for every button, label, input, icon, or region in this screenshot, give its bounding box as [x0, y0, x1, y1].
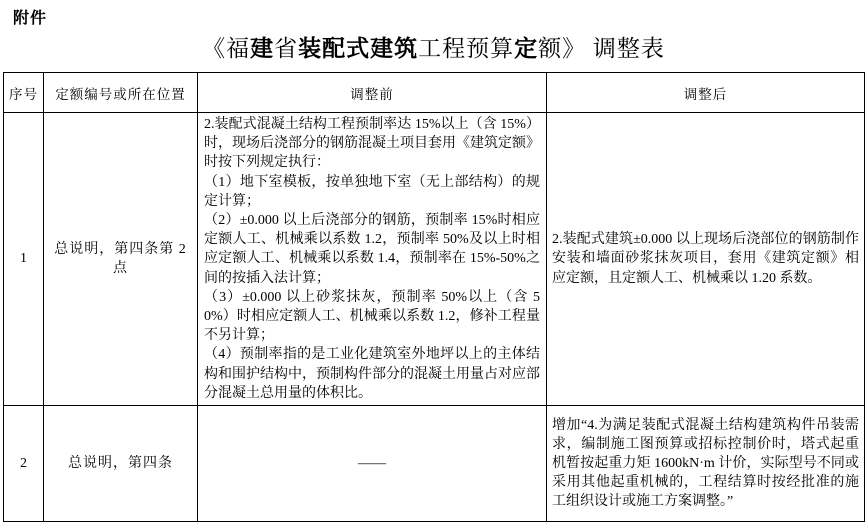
row1-before-paragraph: （3）±0.000 以上砂浆抹灰，预制率 50%以上（含 50%）时相应定额人工… — [204, 288, 540, 346]
row1-location: 总说明，第四条第 2 点 — [44, 113, 198, 406]
column-header-location: 定额编号或所在位置 — [44, 73, 198, 113]
title-segment: 调整表 — [586, 36, 665, 61]
row1-after: 2.装配式建筑±0.000 以上现场后浇部位的钢筋制作安装和墙面砂浆抹灰项目，套… — [547, 113, 865, 406]
table-header-row: 序号 定额编号或所在位置 调整前 调整后 — [4, 73, 865, 113]
page-title: 《福建省装配式建筑工程预算定额》 调整表 — [0, 30, 867, 63]
row2-after-paragraph: 增加“4.为满足装配式混凝土结构建筑构件吊装需求，编制施工图预算或招标控制价时，… — [552, 416, 859, 512]
title-segment: 额》 — [538, 36, 586, 61]
row1-before-paragraph: （1）地下室模板，按单独地下室（无上部结构）的规定计算； — [204, 173, 540, 211]
row2-before-dash: —— — [198, 406, 547, 522]
attachment-label: 附件 — [13, 5, 47, 28]
title-segment: 工程预算 — [418, 36, 514, 61]
title-segment: 定 — [514, 36, 538, 61]
title-segment: 装配式建筑 — [298, 36, 418, 61]
row2-seq: 2 — [4, 406, 44, 522]
row1-before-paragraph: （2）±0.000 以上后浇部分的钢筋，预制率 15%时相应定额人工、机械乘以系… — [204, 211, 540, 288]
row2-location: 总说明，第四条 — [44, 406, 198, 522]
document-page: { "page": { "attachment_label": "附件", "t… — [0, 0, 867, 522]
title-segment: 省 — [274, 36, 298, 61]
table-row: 1 总说明，第四条第 2 点 2.装配式混凝土结构工程预制率达 15%以上（含 … — [4, 113, 865, 406]
row1-seq: 1 — [4, 113, 44, 406]
column-header-after: 调整后 — [547, 73, 865, 113]
row1-before-paragraph: 2.装配式混凝土结构工程预制率达 15%以上（含 15%）时，现场后浇部分的钢筋… — [204, 115, 540, 173]
title-segment: 《福 — [202, 36, 250, 61]
row1-before-paragraph: （4）预制率指的是工业化建筑室外地坪以上的主体结构和围护结构中，预制构件部分的混… — [204, 345, 540, 403]
row1-before: 2.装配式混凝土结构工程预制率达 15%以上（含 15%）时，现场后浇部分的钢筋… — [198, 113, 547, 406]
row1-after-paragraph: 2.装配式建筑±0.000 以上现场后浇部位的钢筋制作安装和墙面砂浆抹灰项目，套… — [552, 230, 859, 288]
column-header-before: 调整前 — [198, 73, 547, 113]
column-header-seq: 序号 — [4, 73, 44, 113]
table-row: 2 总说明，第四条 —— 增加“4.为满足装配式混凝土结构建筑构件吊装需求，编制… — [4, 406, 865, 522]
title-segment: 建 — [250, 36, 274, 61]
row2-after: 增加“4.为满足装配式混凝土结构建筑构件吊装需求，编制施工图预算或招标控制价时，… — [547, 406, 865, 522]
adjustment-table: 序号 定额编号或所在位置 调整前 调整后 1 总说明，第四条第 2 点 2.装配… — [3, 72, 865, 522]
